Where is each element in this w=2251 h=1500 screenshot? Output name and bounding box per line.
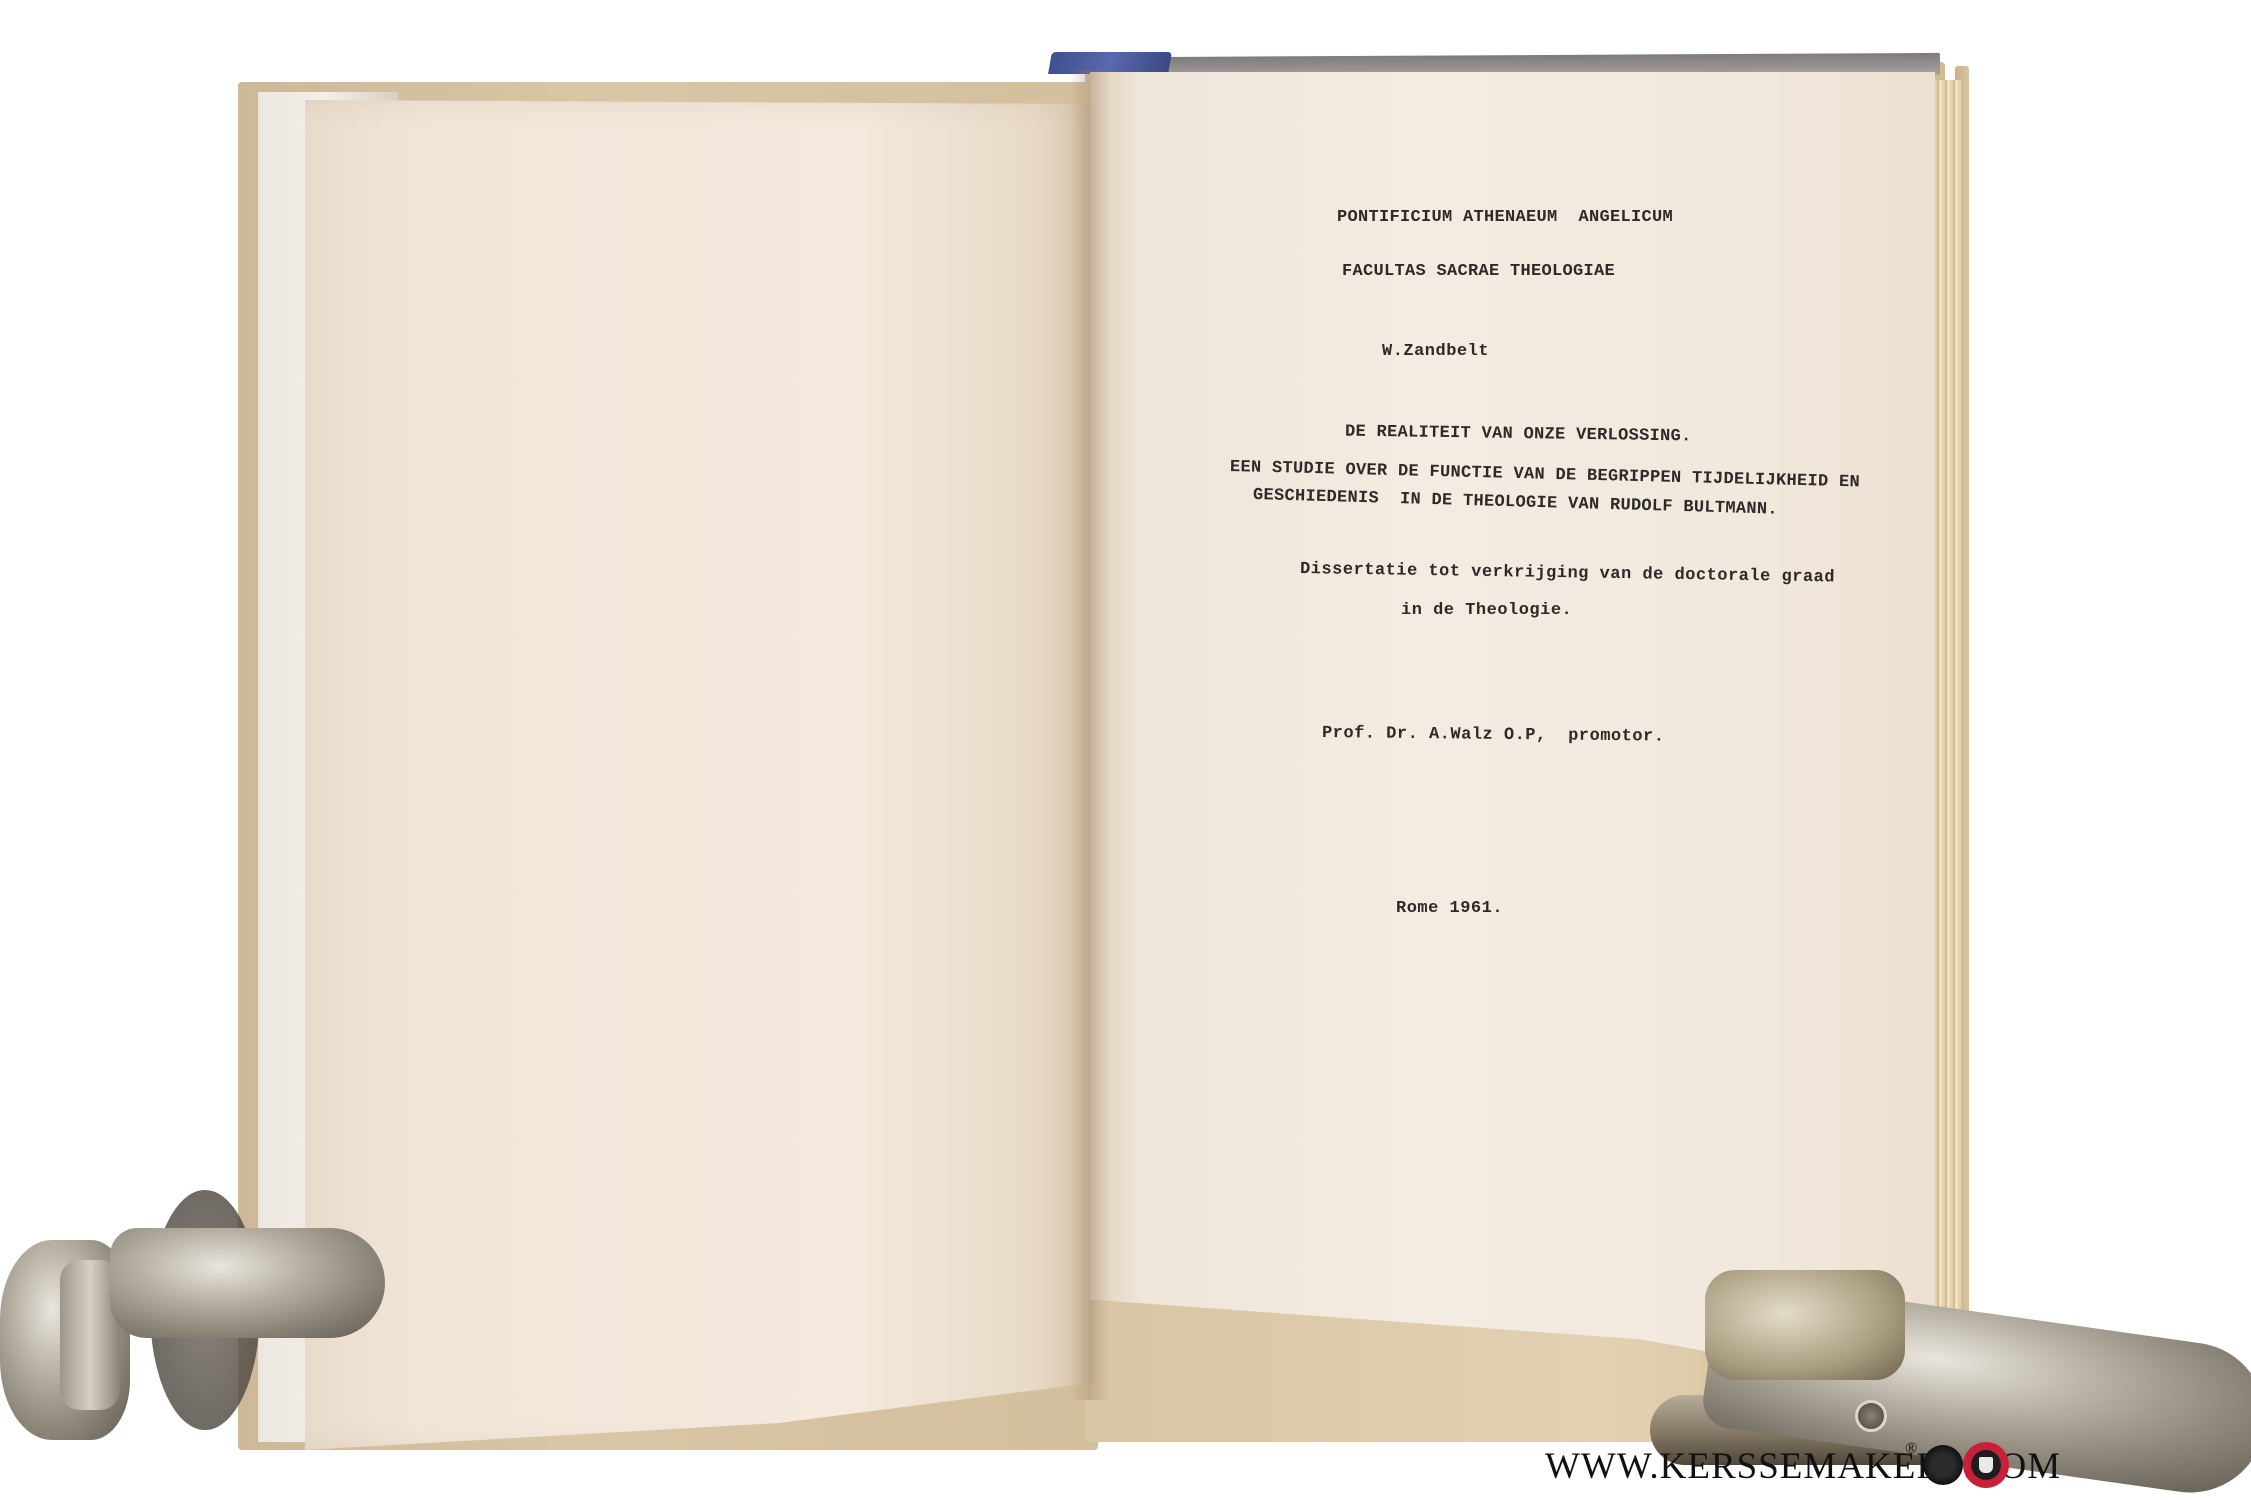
promotor: Prof. Dr. A.Walz O.P, promotor. <box>1322 724 1665 747</box>
antiquarian-seal-icon <box>1923 1445 1963 1485</box>
left-page <box>305 100 1095 1450</box>
registered-mark: ® <box>1905 1440 1917 1458</box>
right-hand-cuff <box>1705 1270 1905 1380</box>
clip-hinge <box>1855 1400 1887 1432</box>
author: W.Zandbelt <box>1382 342 1489 361</box>
dissertation-line-2: in de Theologie. <box>1401 601 1572 620</box>
institution-line-1: PONTIFICIUM ATHENAEUM ANGELICUM <box>1337 208 1673 227</box>
place-year: Rome 1961. <box>1396 899 1503 918</box>
institution-line-2: FACULTAS SACRAE THEOLOGIAE <box>1342 262 1615 281</box>
left-silver-hand-clip <box>110 1228 385 1338</box>
book-gutter <box>1070 70 1110 1400</box>
ilab-red-badge-icon <box>1963 1442 2009 1488</box>
spine-blue-band <box>1048 52 1172 74</box>
